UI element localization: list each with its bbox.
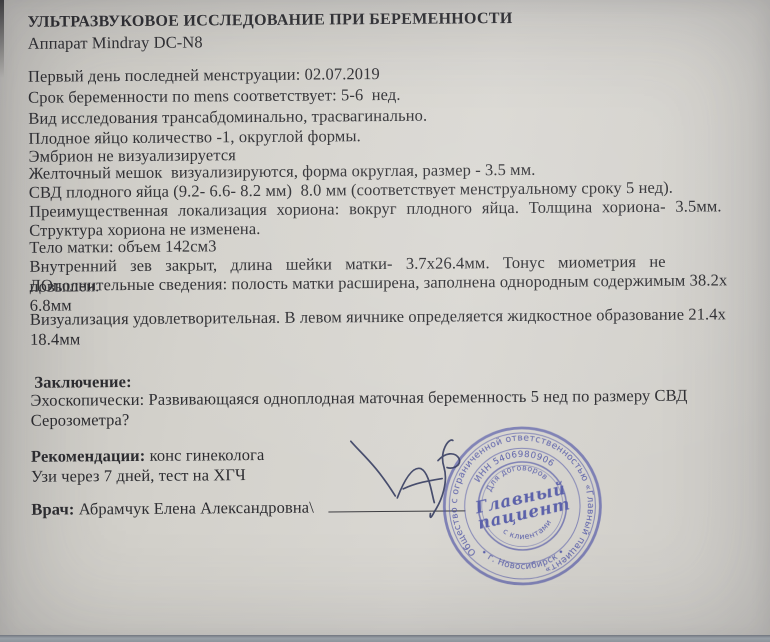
photo-edge-bottom [0,635,770,642]
document-photo: УЛЬТРАЗВУКОВОЕ ИССЛЕДОВАНИЕ ПРИ БЕРЕМЕНН… [0,0,770,642]
recommendations-heading: Рекомендации: [31,446,146,466]
doctor-signature [333,427,484,533]
doctor-label: Врач: [31,499,74,518]
doctor-name: Абрамчук Елена Александровна\ [74,498,314,519]
report-body: УЛЬТРАЗВУКОВОЕ ИССЛЕДОВАНИЕ ПРИ БЕРЕМЕНН… [0,0,770,642]
recommendations-text: конс гинеколога [145,445,264,465]
conclusion-line: Серозометра? [31,405,743,431]
report-line: 18.4мм [30,324,742,350]
device-line: Аппарат Mindray DC-N8 [28,28,740,54]
